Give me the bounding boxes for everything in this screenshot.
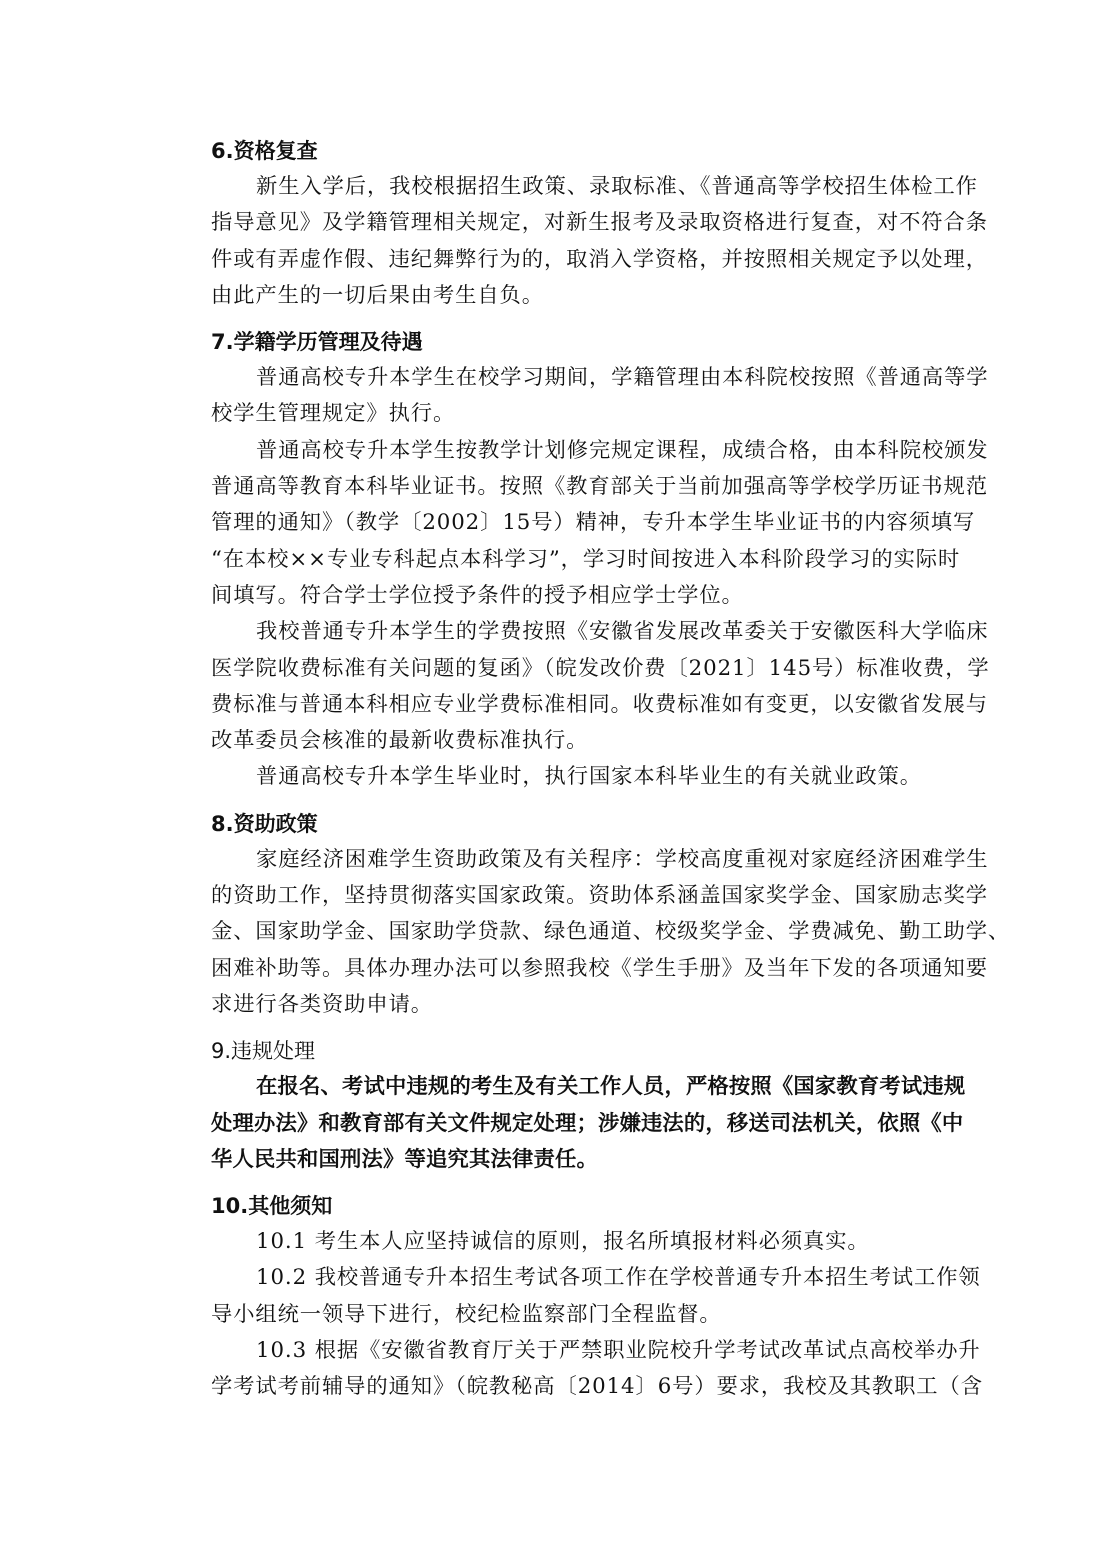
section-heading-7: 7.学籍学历管理及待遇 <box>166 324 936 360</box>
text-line: 导小组统一领导下进行，校纪检监察部门全程监督。 <box>166 1297 936 1333</box>
section-heading-8: 8.资助政策 <box>166 806 936 842</box>
text-line: 间填写。符合学士学位授予条件的授予相应学士学位。 <box>166 578 936 614</box>
text-line: 的资助工作，坚持贯彻落实国家政策。资助体系涵盖国家奖学金、国家励志奖学 <box>166 878 936 914</box>
text-line: 普通高等教育本科毕业证书。按照《教育部关于当前加强高等学校学历证书规范 <box>166 469 936 505</box>
text-line: 普通高校专升本学生按教学计划修完规定课程，成绩合格，由本科院校颁发 <box>166 433 936 469</box>
text-line: 求进行各类资助申请。 <box>166 987 936 1023</box>
section-heading-10: 10.其他须知 <box>166 1188 936 1224</box>
text-line: 学考试考前辅导的通知》（皖教秘高〔2014〕6号）要求，我校及其教职工（含 <box>166 1369 936 1405</box>
text-line: “在本校××专业专科起点本科学习”，学习时间按进入本科阶段学习的实际时 <box>166 542 936 578</box>
paragraph: 10.1 考生本人应坚持诚信的原则，报名所填报材料必须真实。 <box>166 1224 936 1260</box>
paragraph: 普通高校专升本学生在校学习期间，学籍管理由本科院校按照《普通高等学 校学生管理规… <box>166 360 936 433</box>
paragraph: 我校普通专升本学生的学费按照《安徽省发展改革委关于安徽医科大学临床 医学院收费标… <box>166 614 936 759</box>
text-line: 10.2 我校普通专升本招生考试各项工作在学校普通专升本招生考试工作领 <box>166 1260 936 1296</box>
text-line: 困难补助等。具体办理办法可以参照我校《学生手册》及当年下发的各项通知要 <box>166 951 936 987</box>
text-line: 件或有弄虚作假、违纪舞弊行为的，取消入学资格，并按照相关规定予以处理， <box>166 242 936 278</box>
paragraph: 家庭经济困难学生资助政策及有关程序：学校高度重视对家庭经济困难学生 的资助工作，… <box>166 842 936 1023</box>
text-line: 普通高校专升本学生在校学习期间，学籍管理由本科院校按照《普通高等学 <box>166 360 936 396</box>
paragraph: 10.3 根据《安徽省教育厅关于严禁职业院校升学考试改革试点高校举办升 学考试考… <box>166 1333 936 1406</box>
document-page: 6.资格复查 新生入学后，我校根据招生政策、录取标准、《普通高等学校招生体检工作… <box>166 133 936 1406</box>
text-line: 华人民共和国刑法》等追究其法律责任。 <box>166 1142 936 1178</box>
text-line: 改革委员会核准的最新收费标准执行。 <box>166 723 936 759</box>
text-line: 校学生管理规定》执行。 <box>166 396 936 432</box>
paragraph-emphasis: 在报名、考试中违规的考生及有关工作人员，严格按照《国家教育考试违规 处理办法》和… <box>166 1069 936 1178</box>
paragraph: 普通高校专升本学生按教学计划修完规定课程，成绩合格，由本科院校颁发 普通高等教育… <box>166 433 936 614</box>
text-line: 费标准与普通本科相应专业学费标准相同。收费标准如有变更，以安徽省发展与 <box>166 687 936 723</box>
section-heading-6: 6.资格复查 <box>166 133 936 169</box>
text-line: 处理办法》和教育部有关文件规定处理；涉嫌违法的，移送司法机关，依照《中 <box>166 1106 936 1142</box>
paragraph: 10.2 我校普通专升本招生考试各项工作在学校普通专升本招生考试工作领 导小组统… <box>166 1260 936 1333</box>
text-line: 在报名、考试中违规的考生及有关工作人员，严格按照《国家教育考试违规 <box>166 1069 936 1105</box>
text-line: 金、国家助学金、国家助学贷款、绿色通道、校级奖学金、学费减免、勤工助学、 <box>166 914 936 950</box>
text-line: 由此产生的一切后果由考生自负。 <box>166 278 936 314</box>
section-heading-9: 9.违规处理 <box>166 1033 936 1069</box>
text-line: 普通高校专升本学生毕业时，执行国家本科毕业生的有关就业政策。 <box>166 759 936 795</box>
paragraph: 普通高校专升本学生毕业时，执行国家本科毕业生的有关就业政策。 <box>166 759 936 795</box>
text-line: 家庭经济困难学生资助政策及有关程序：学校高度重视对家庭经济困难学生 <box>166 842 936 878</box>
text-line: 10.1 考生本人应坚持诚信的原则，报名所填报材料必须真实。 <box>166 1224 936 1260</box>
text-line: 10.3 根据《安徽省教育厅关于严禁职业院校升学考试改革试点高校举办升 <box>166 1333 936 1369</box>
text-line: 新生入学后，我校根据招生政策、录取标准、《普通高等学校招生体检工作 <box>166 169 936 205</box>
paragraph: 新生入学后，我校根据招生政策、录取标准、《普通高等学校招生体检工作 指导意见》及… <box>166 169 936 314</box>
text-line: 医学院收费标准有关问题的复函》（皖发改价费〔2021〕145号）标准收费，学 <box>166 651 936 687</box>
text-line: 管理的通知》（教学〔2002〕15号）精神，专升本学生毕业证书的内容须填写 <box>166 505 936 541</box>
text-line: 指导意见》及学籍管理相关规定，对新生报考及录取资格进行复查，对不符合条 <box>166 205 936 241</box>
text-line: 我校普通专升本学生的学费按照《安徽省发展改革委关于安徽医科大学临床 <box>166 614 936 650</box>
